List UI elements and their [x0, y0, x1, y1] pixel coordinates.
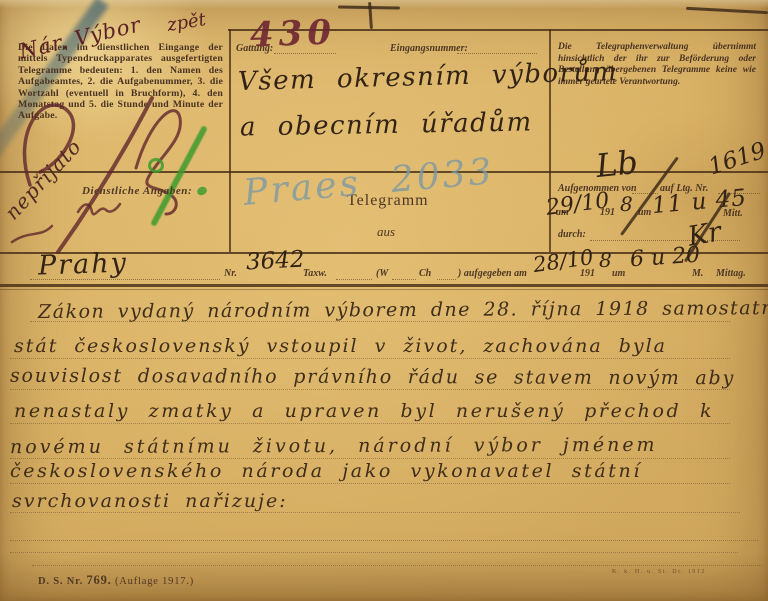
body-rule [10, 512, 740, 513]
taxw-field-line [336, 279, 372, 280]
dienstliche-angaben-label: Dienstliche Angaben: [82, 185, 192, 197]
eingangsnummer-field-line [457, 53, 537, 54]
ch-field-line [437, 279, 456, 280]
body-rule [10, 358, 730, 359]
received-year-digit: 8 [620, 192, 633, 216]
green-ring-mark [148, 158, 164, 173]
form-number-footer: D. S. Nr. 769. (Auflage 1917.) [38, 573, 194, 588]
rule-sender-bottom-2 [0, 289, 768, 290]
body-text-line: novému státnímu životu, národní výbor jm… [10, 434, 658, 458]
telegram-number: 3642 [245, 246, 305, 275]
telegram-form-scan: Die Daten im dienstlichen Eingange der m… [0, 0, 768, 601]
durch-label: durch: [558, 229, 586, 240]
address-line-1: Všem okresním výborům [238, 57, 619, 97]
body-text-line: nenastaly zmatky a upraven byl nerušený … [14, 400, 714, 422]
aus-label: aus [377, 224, 395, 240]
body-rule [10, 389, 730, 390]
um2-label: um [612, 268, 625, 279]
nr-label: Nr. [224, 268, 237, 279]
sent-time: 6 u 20 [629, 243, 701, 273]
address-line-2: a obecním úřadům [240, 107, 533, 142]
body-rule [10, 423, 730, 424]
body-rule [10, 540, 758, 541]
received-operator: Lb [594, 143, 639, 185]
body-rule [10, 483, 730, 484]
body-text-line: československého národa jako vykonavatel… [10, 460, 642, 482]
form-number-prefix: D. S. Nr. [38, 576, 83, 587]
aufgegeben-am-label: ) aufgegeben am [458, 268, 527, 279]
form-number-suffix: (Auflage 1917.) [115, 576, 194, 587]
origin-field-line [30, 279, 220, 280]
rule-sender-bottom [0, 284, 768, 287]
origin-city: Prahy [37, 247, 128, 281]
body-rule [10, 552, 738, 553]
mittag-label: Mittag. [716, 268, 746, 279]
jahr2-prefix: 191 [580, 268, 595, 279]
body-text-line: Zákon vydaný národním výborem dne 28. ří… [38, 297, 768, 323]
printer-mark: K. k. H. u. St. Dr. 1912 [612, 569, 706, 575]
w-field-line [392, 279, 416, 280]
ch-label: Ch [419, 268, 431, 279]
m-label: M. [692, 268, 703, 279]
sent-year-digit: 8 [599, 248, 612, 272]
gattung-number-handwritten: 430 [249, 13, 336, 56]
body-text-line: stát československý vstoupil v život, za… [14, 335, 667, 357]
body-rule [10, 458, 730, 459]
taxw-label: Taxw. [303, 268, 327, 279]
body-text-line: souvislost dosavadního právního řádu se … [10, 365, 735, 390]
footer-rule [32, 565, 762, 566]
body-text-line: svrchovanosti nařizuje: [12, 490, 288, 512]
form-number-value: 769. [86, 573, 111, 587]
w-label: (W [376, 268, 388, 279]
